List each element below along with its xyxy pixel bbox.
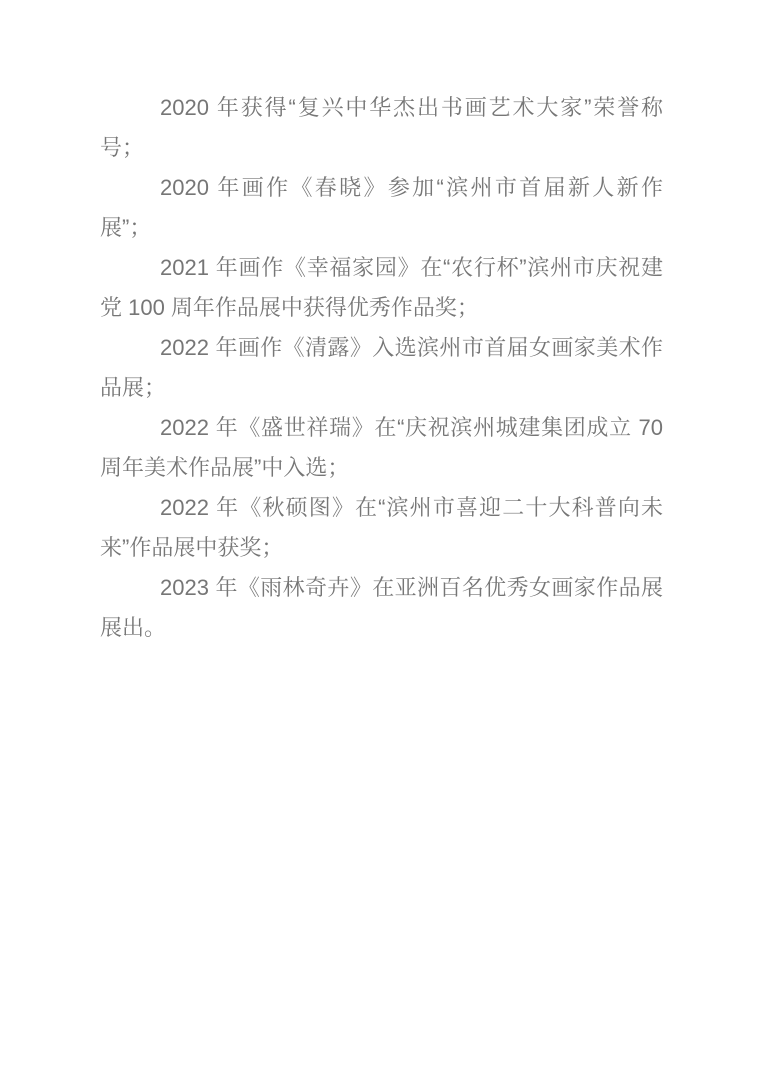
paragraph-2020-chunxiao-exhibition: 2020 年画作《春晓》参加“滨州市首届新人新作展”； bbox=[100, 168, 663, 248]
document-body: 2020 年获得“复兴中华杰出书画艺术大家”荣誉称号； 2020 年画作《春晓》… bbox=[100, 88, 663, 648]
paragraph-2022-shengshixiangrui-selection: 2022 年《盛世祥瑞》在“庆祝滨州城建集团成立 70 周年美术作品展”中入选； bbox=[100, 408, 663, 488]
paragraph-2022-qinglu-selection: 2022 年画作《清露》入选滨州市首届女画家美术作品展； bbox=[100, 328, 663, 408]
paragraph-2022-qiushuotu-award: 2022 年《秋硕图》在“滨州市喜迎二十大科普向未来”作品展中获奖； bbox=[100, 488, 663, 568]
document-page: 2020 年获得“复兴中华杰出书画艺术大家”荣誉称号； 2020 年画作《春晓》… bbox=[0, 0, 763, 1080]
paragraph-2021-xingfujiayuan-award: 2021 年画作《幸福家园》在“农行杯”滨州市庆祝建党 100 周年作品展中获得… bbox=[100, 248, 663, 328]
paragraph-2020-honor-title: 2020 年获得“复兴中华杰出书画艺术大家”荣誉称号； bbox=[100, 88, 663, 168]
paragraph-2023-yulinqihui-exhibition: 2023 年《雨林奇卉》在亚洲百名优秀女画家作品展展出。 bbox=[100, 568, 663, 648]
